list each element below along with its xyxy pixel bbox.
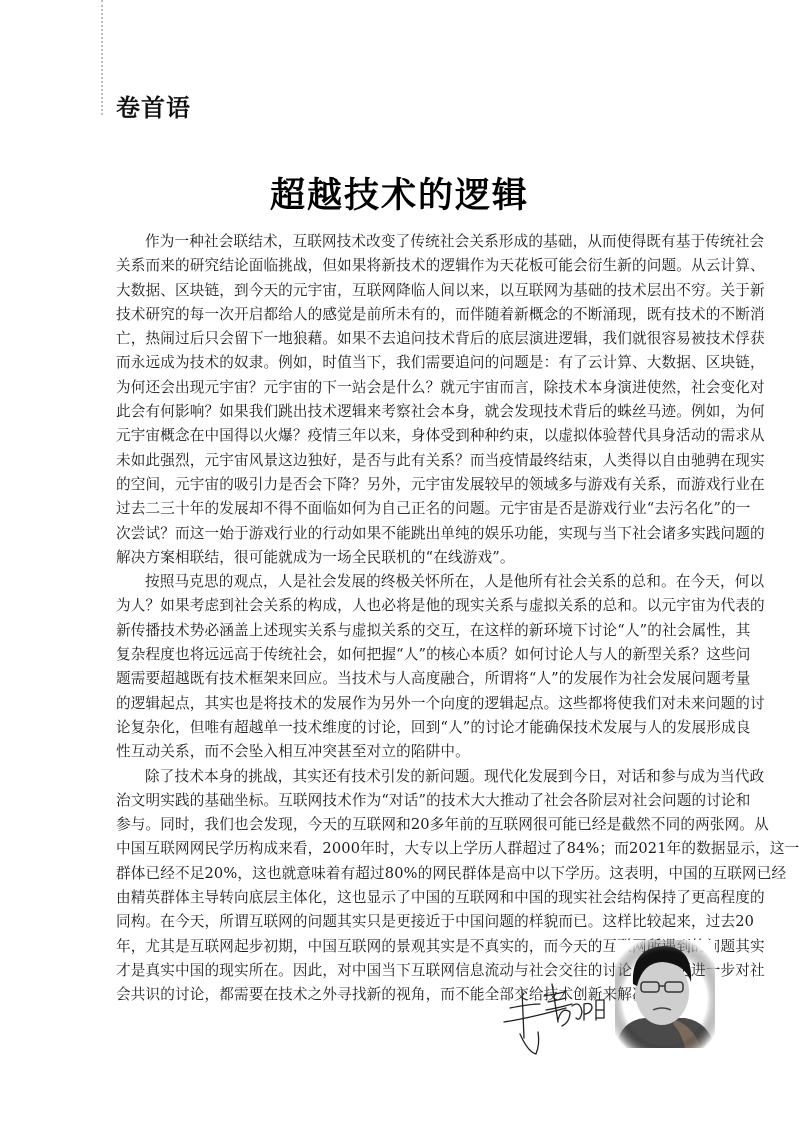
text-line: 大数据、区块链，到今天的元宇宙，互联网降临人间以来，以互联网为基础的技术层出不穷… (116, 279, 716, 303)
text-line: 为何还会出现元宇宙？元宇宙的下一站会是什么？就元宇宙而言，除技术本身演进使然，社… (116, 376, 716, 400)
section-label: 卷首语 (116, 88, 191, 123)
text-line: 性互动关系，而不会坠入相互冲突甚至对立的陷阱中。 (116, 740, 716, 764)
text-line: 的空间，元宇宙的吸引力是否会下降？另外，元宇宙发展较早的领域多与游戏有关系，而游… (116, 473, 716, 497)
text-line: 复杂程度也将远远高于传统社会，如何把握“人”的核心本质？如何讨论人与人的新型关系… (116, 643, 716, 667)
text-line: 作为一种社会联结术，互联网技术改变了传统社会关系形成的基础，从而使得既有基于传统… (116, 230, 716, 254)
text-line: 为人？如果考虑到社会关系的构成，人也必将是他的现实关系与虚拟关系的总和。以元宇宙… (116, 594, 716, 618)
text-line: 群体已经不足20%，这也就意味着有超过80%的网民群体是高中以下学历。这表明，中… (116, 862, 716, 886)
text-line: 元宇宙概念在中国得以火爆？疫情三年以来，身体受到种种约束，以虚拟体验替代具身活动… (116, 424, 716, 448)
text-line: 除了技术本身的挑战，其实还有技术引发的新问题。现代化发展到今日，对话和参与成为当… (116, 765, 716, 789)
article-body: 作为一种社会联结术，互联网技术改变了传统社会关系形成的基础，从而使得既有基于传统… (116, 230, 716, 1008)
text-line: 新传播技术势必涵盖上述现实关系与虚拟关系的交互，在这样的新环境下讨论“人”的社会… (116, 619, 716, 643)
text-line: 按照马克思的观点，人是社会发展的终极关怀所在，人是他所有社会关系的总和。在今天，… (116, 570, 716, 594)
article-title: 超越技术的逻辑 (0, 168, 799, 218)
text-line: 解决方案相联结，很可能就成为一场全民联机的“在线游戏”。 (116, 546, 716, 570)
author-portrait-icon (615, 940, 715, 1048)
text-line: 中国互联网网民学历构成来看，2000年时，大专以上学历人群超过了84%；而202… (116, 837, 716, 861)
signature-icon (500, 960, 610, 1055)
text-line: 次尝试？而这一始于游戏行业的行动如果不能跳出单纯的娱乐功能，实现与当下社会诸多实… (116, 522, 716, 546)
text-line: 治文明实践的基础坐标。互联网技术作为“对话”的技术大大推动了社会各阶层对社会问题… (116, 789, 716, 813)
text-line: 此会有何影响？如果我们跳出技术逻辑来考察社会本身，就会发现技术背后的蛛丝马迹。例… (116, 400, 716, 424)
text-line: 技术研究的每一次开启都给人的感觉是前所未有的，而伴随着新概念的不断涌现，既有技术… (116, 303, 716, 327)
author-signature-block (500, 940, 730, 1060)
text-line: 的逻辑起点，其实也是将技术的发展作为另外一个向度的逻辑起点。这些都将使我们对未来… (116, 692, 716, 716)
text-line: 而永远成为技术的奴隶。例如，时值当下，我们需要追问的问题是：有了云计算、大数据、… (116, 351, 716, 375)
text-line: 论复杂化，但唯有超越单一技术维度的讨论，回到“人”的讨论才能确保技术发展与人的发… (116, 716, 716, 740)
text-line: 过去二三十年的发展却不得不面临如何为自己正名的问题。元宇宙是否是游戏行业“去污名… (116, 497, 716, 521)
text-line: 参与。同时，我们也会发现，今天的互联网和20多年前的互联网很可能已经是截然不同的… (116, 813, 716, 837)
text-line: 关系而来的研究结论面临挑战，但如果将新技术的逻辑作为天花板可能会衍生新的问题。从… (116, 254, 716, 278)
text-line: 同构。在今天，所谓互联网的问题其实只是更接近于中国问题的样貌而已。这样比较起来，… (116, 910, 716, 934)
text-line: 题需要超越既有技术框架来回应。当技术与人高度融合，所谓将“人”的发展作为社会发展… (116, 667, 716, 691)
text-line: 由精英群体主导转向底层主体化，这也显示了中国的互联网和中国的现实社会结构保持了更… (116, 886, 716, 910)
text-line: 未如此强烈，元宇宙风景这边独好，是否与此有关系？而当疫情最终结束，人类得以自由驰… (116, 449, 716, 473)
margin-dotted-rule (101, 0, 103, 115)
text-line: 亡，热闹过后只会留下一地狼藉。如果不去追问技术背后的底层演进逻辑，我们就很容易被… (116, 327, 716, 351)
